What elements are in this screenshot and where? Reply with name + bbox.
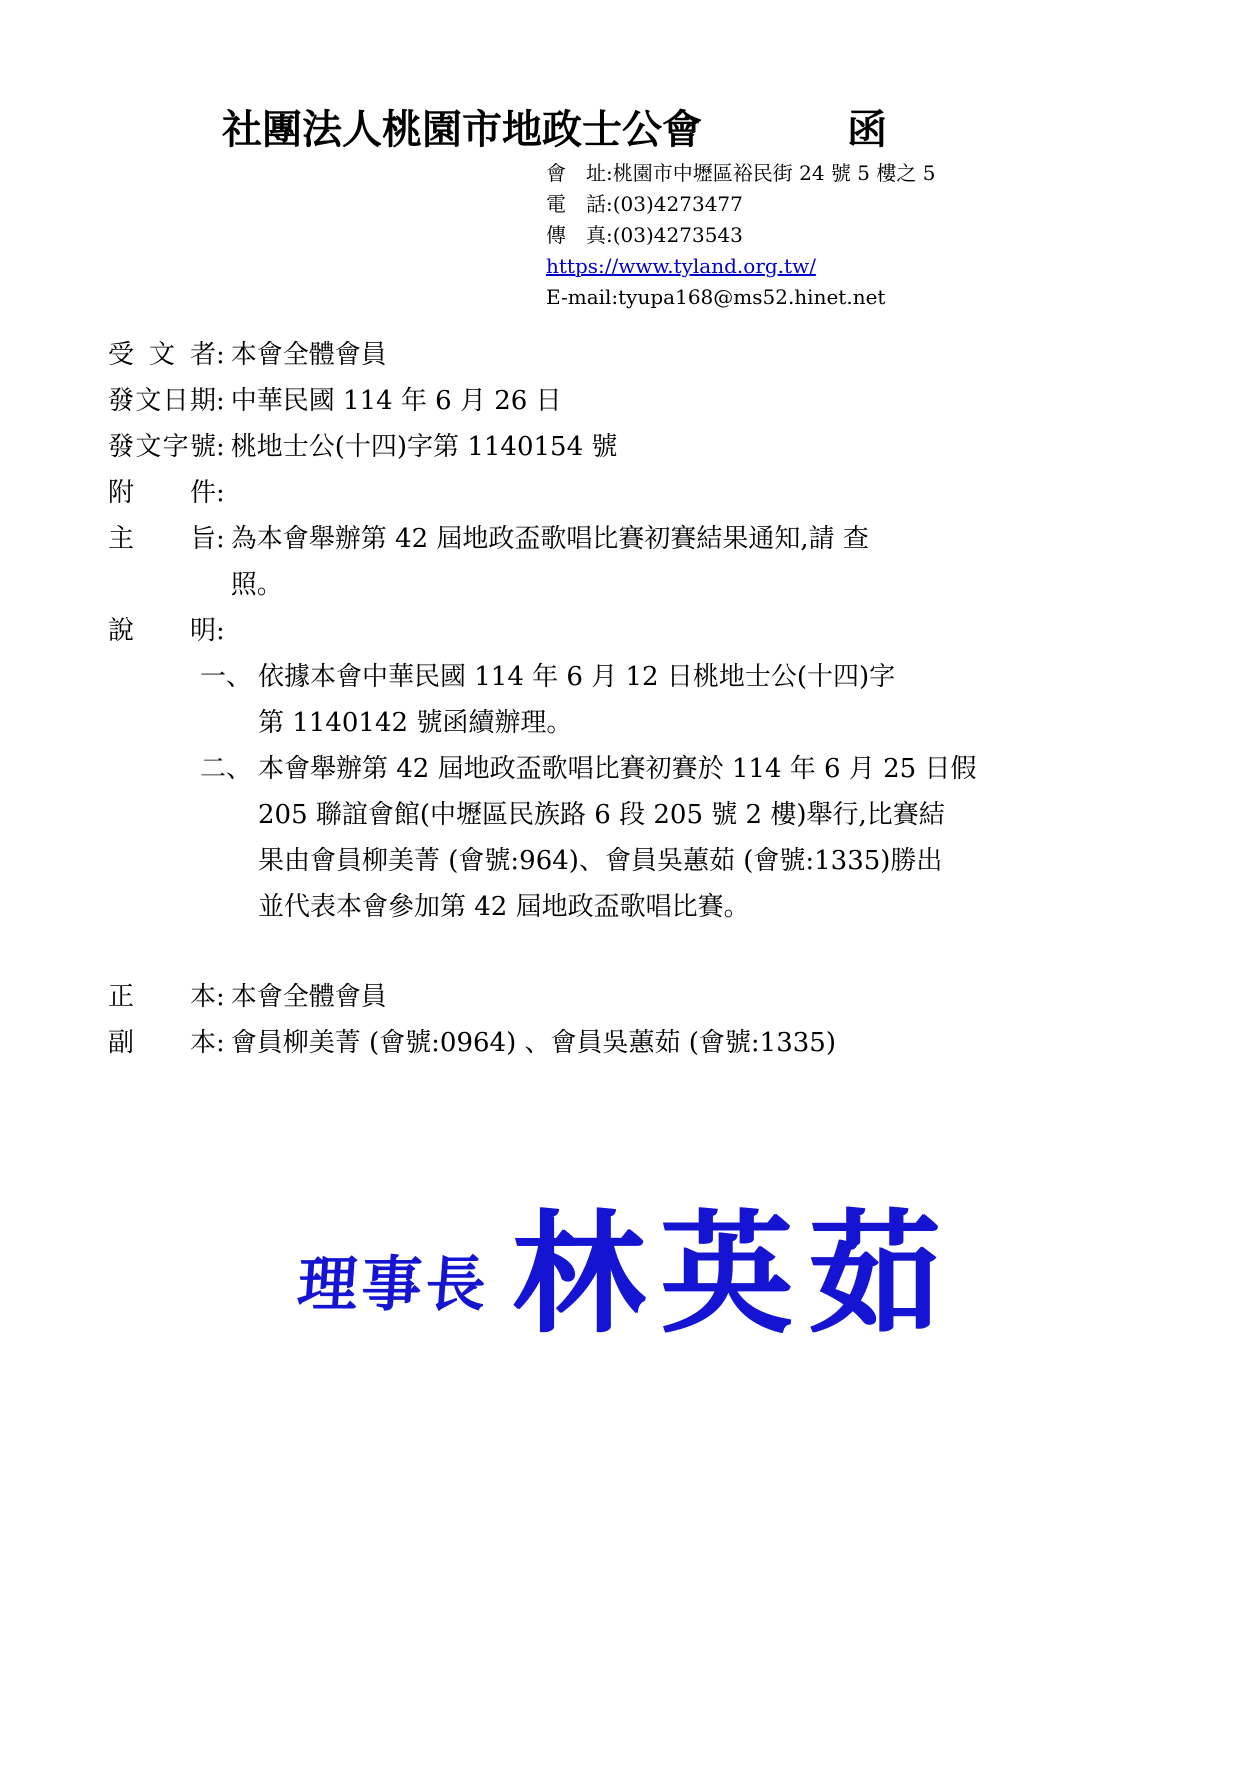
- signature-title: 理事長: [295, 1237, 493, 1323]
- colon: :: [216, 378, 225, 424]
- field-subject: 主旨: 為本會舉辦第 42 屆地政盃歌唱比賽初賽結果通知,請 查 照。: [108, 516, 1148, 608]
- field-date: 發文日期:中華民國 114 年 6 月 26 日: [108, 378, 1148, 424]
- colon: :: [216, 516, 225, 562]
- letter-body: 受文者:本會全體會員 發文日期:中華民國 114 年 6 月 26 日 發文字號…: [108, 332, 1148, 1066]
- ref-number-value: 桃地士公(十四)字第 1140154 號: [231, 424, 618, 470]
- field-recipient: 受文者:本會全體會員: [108, 332, 1148, 378]
- recipient-label: 受文者: [108, 332, 216, 378]
- item-line: 果由會員柳美菁 (會號:964)、會員吳蕙茹 (會號:1335)勝出: [258, 838, 976, 884]
- signature-block: 理事長 林英茹: [298, 1168, 956, 1358]
- explanation-label: 說明: [108, 608, 216, 654]
- colon: :: [216, 1020, 225, 1066]
- colon: :: [216, 608, 225, 654]
- contact-email: E-mail:tyupa168@ms52.hinet.net: [546, 282, 935, 313]
- org-name: 社團法人桃園市地政士公會: [222, 98, 702, 155]
- colon: :: [216, 332, 225, 378]
- explanation-item-1: 一、 依據本會中華民國 114 年 6 月 12 日桃地士公(十四)字 第 11…: [200, 654, 1148, 746]
- recipient-value: 本會全體會員: [231, 332, 387, 378]
- signature-name: 林英茹: [512, 1168, 956, 1358]
- explanation-item-2: 二、 本會舉辦第 42 屆地政盃歌唱比賽初賽於 114 年 6 月 25 日假 …: [200, 746, 1148, 930]
- spacer: [108, 930, 1148, 974]
- carbon-copy-label: 副本: [108, 1020, 216, 1066]
- attachment-label: 附件: [108, 470, 216, 516]
- field-carbon-copy: 副本:會員柳美菁 (會號:0964) 、會員吳蕙茹 (會號:1335): [108, 1020, 1148, 1066]
- document-page: 社團法人桃園市地政士公會 函 會 址:桃園市中壢區裕民街 24 號 5 樓之 5…: [0, 0, 1241, 1766]
- item-line: 205 聯誼會館(中壢區民族路 6 段 205 號 2 樓)舉行,比賽結: [258, 792, 976, 838]
- field-explanation: 說明:: [108, 608, 1148, 654]
- contact-phone: 電 話:(03)4273477: [546, 189, 935, 220]
- item-line: 第 1140142 號函續辦理。: [258, 700, 895, 746]
- item-line: 本會舉辦第 42 屆地政盃歌唱比賽初賽於 114 年 6 月 25 日假: [258, 746, 976, 792]
- field-original-copy: 正本:本會全體會員: [108, 974, 1148, 1020]
- contact-fax: 傳 真:(03)4273543: [546, 220, 935, 251]
- original-copy-label: 正本: [108, 974, 216, 1020]
- contact-block: 會 址:桃園市中壢區裕民街 24 號 5 樓之 5 電 話:(03)427347…: [546, 158, 935, 313]
- original-copy-value: 本會全體會員: [231, 974, 387, 1020]
- doc-type: 函: [847, 98, 887, 155]
- subject-line: 為本會舉辦第 42 屆地政盃歌唱比賽初賽結果通知,請 查: [231, 516, 869, 562]
- subject-label: 主旨: [108, 516, 216, 562]
- contact-address: 會 址:桃園市中壢區裕民街 24 號 5 樓之 5: [546, 158, 935, 189]
- colon: :: [216, 470, 225, 516]
- subject-value: 為本會舉辦第 42 屆地政盃歌唱比賽初賽結果通知,請 查 照。: [231, 516, 869, 608]
- website-link[interactable]: https://www.tyland.org.tw/: [546, 254, 816, 278]
- colon: :: [216, 424, 225, 470]
- colon: :: [216, 974, 225, 1020]
- field-ref-number: 發文字號:桃地士公(十四)字第 1140154 號: [108, 424, 1148, 470]
- item-line: 並代表本會參加第 42 屆地政盃歌唱比賽。: [258, 884, 976, 930]
- item-number: 二、: [200, 746, 258, 792]
- item-line: 依據本會中華民國 114 年 6 月 12 日桃地士公(十四)字: [258, 654, 895, 700]
- subject-line: 照。: [231, 562, 869, 608]
- field-attachment: 附件:: [108, 470, 1148, 516]
- letterhead: 社團法人桃園市地政士公會 函: [222, 98, 887, 155]
- item-text: 依據本會中華民國 114 年 6 月 12 日桃地士公(十四)字 第 11401…: [258, 654, 895, 746]
- date-value: 中華民國 114 年 6 月 26 日: [231, 378, 562, 424]
- item-number: 一、: [200, 654, 258, 700]
- ref-number-label: 發文字號: [108, 424, 216, 470]
- carbon-copy-value: 會員柳美菁 (會號:0964) 、會員吳蕙茹 (會號:1335): [231, 1020, 836, 1066]
- item-text: 本會舉辦第 42 屆地政盃歌唱比賽初賽於 114 年 6 月 25 日假 205…: [258, 746, 976, 930]
- date-label: 發文日期: [108, 378, 216, 424]
